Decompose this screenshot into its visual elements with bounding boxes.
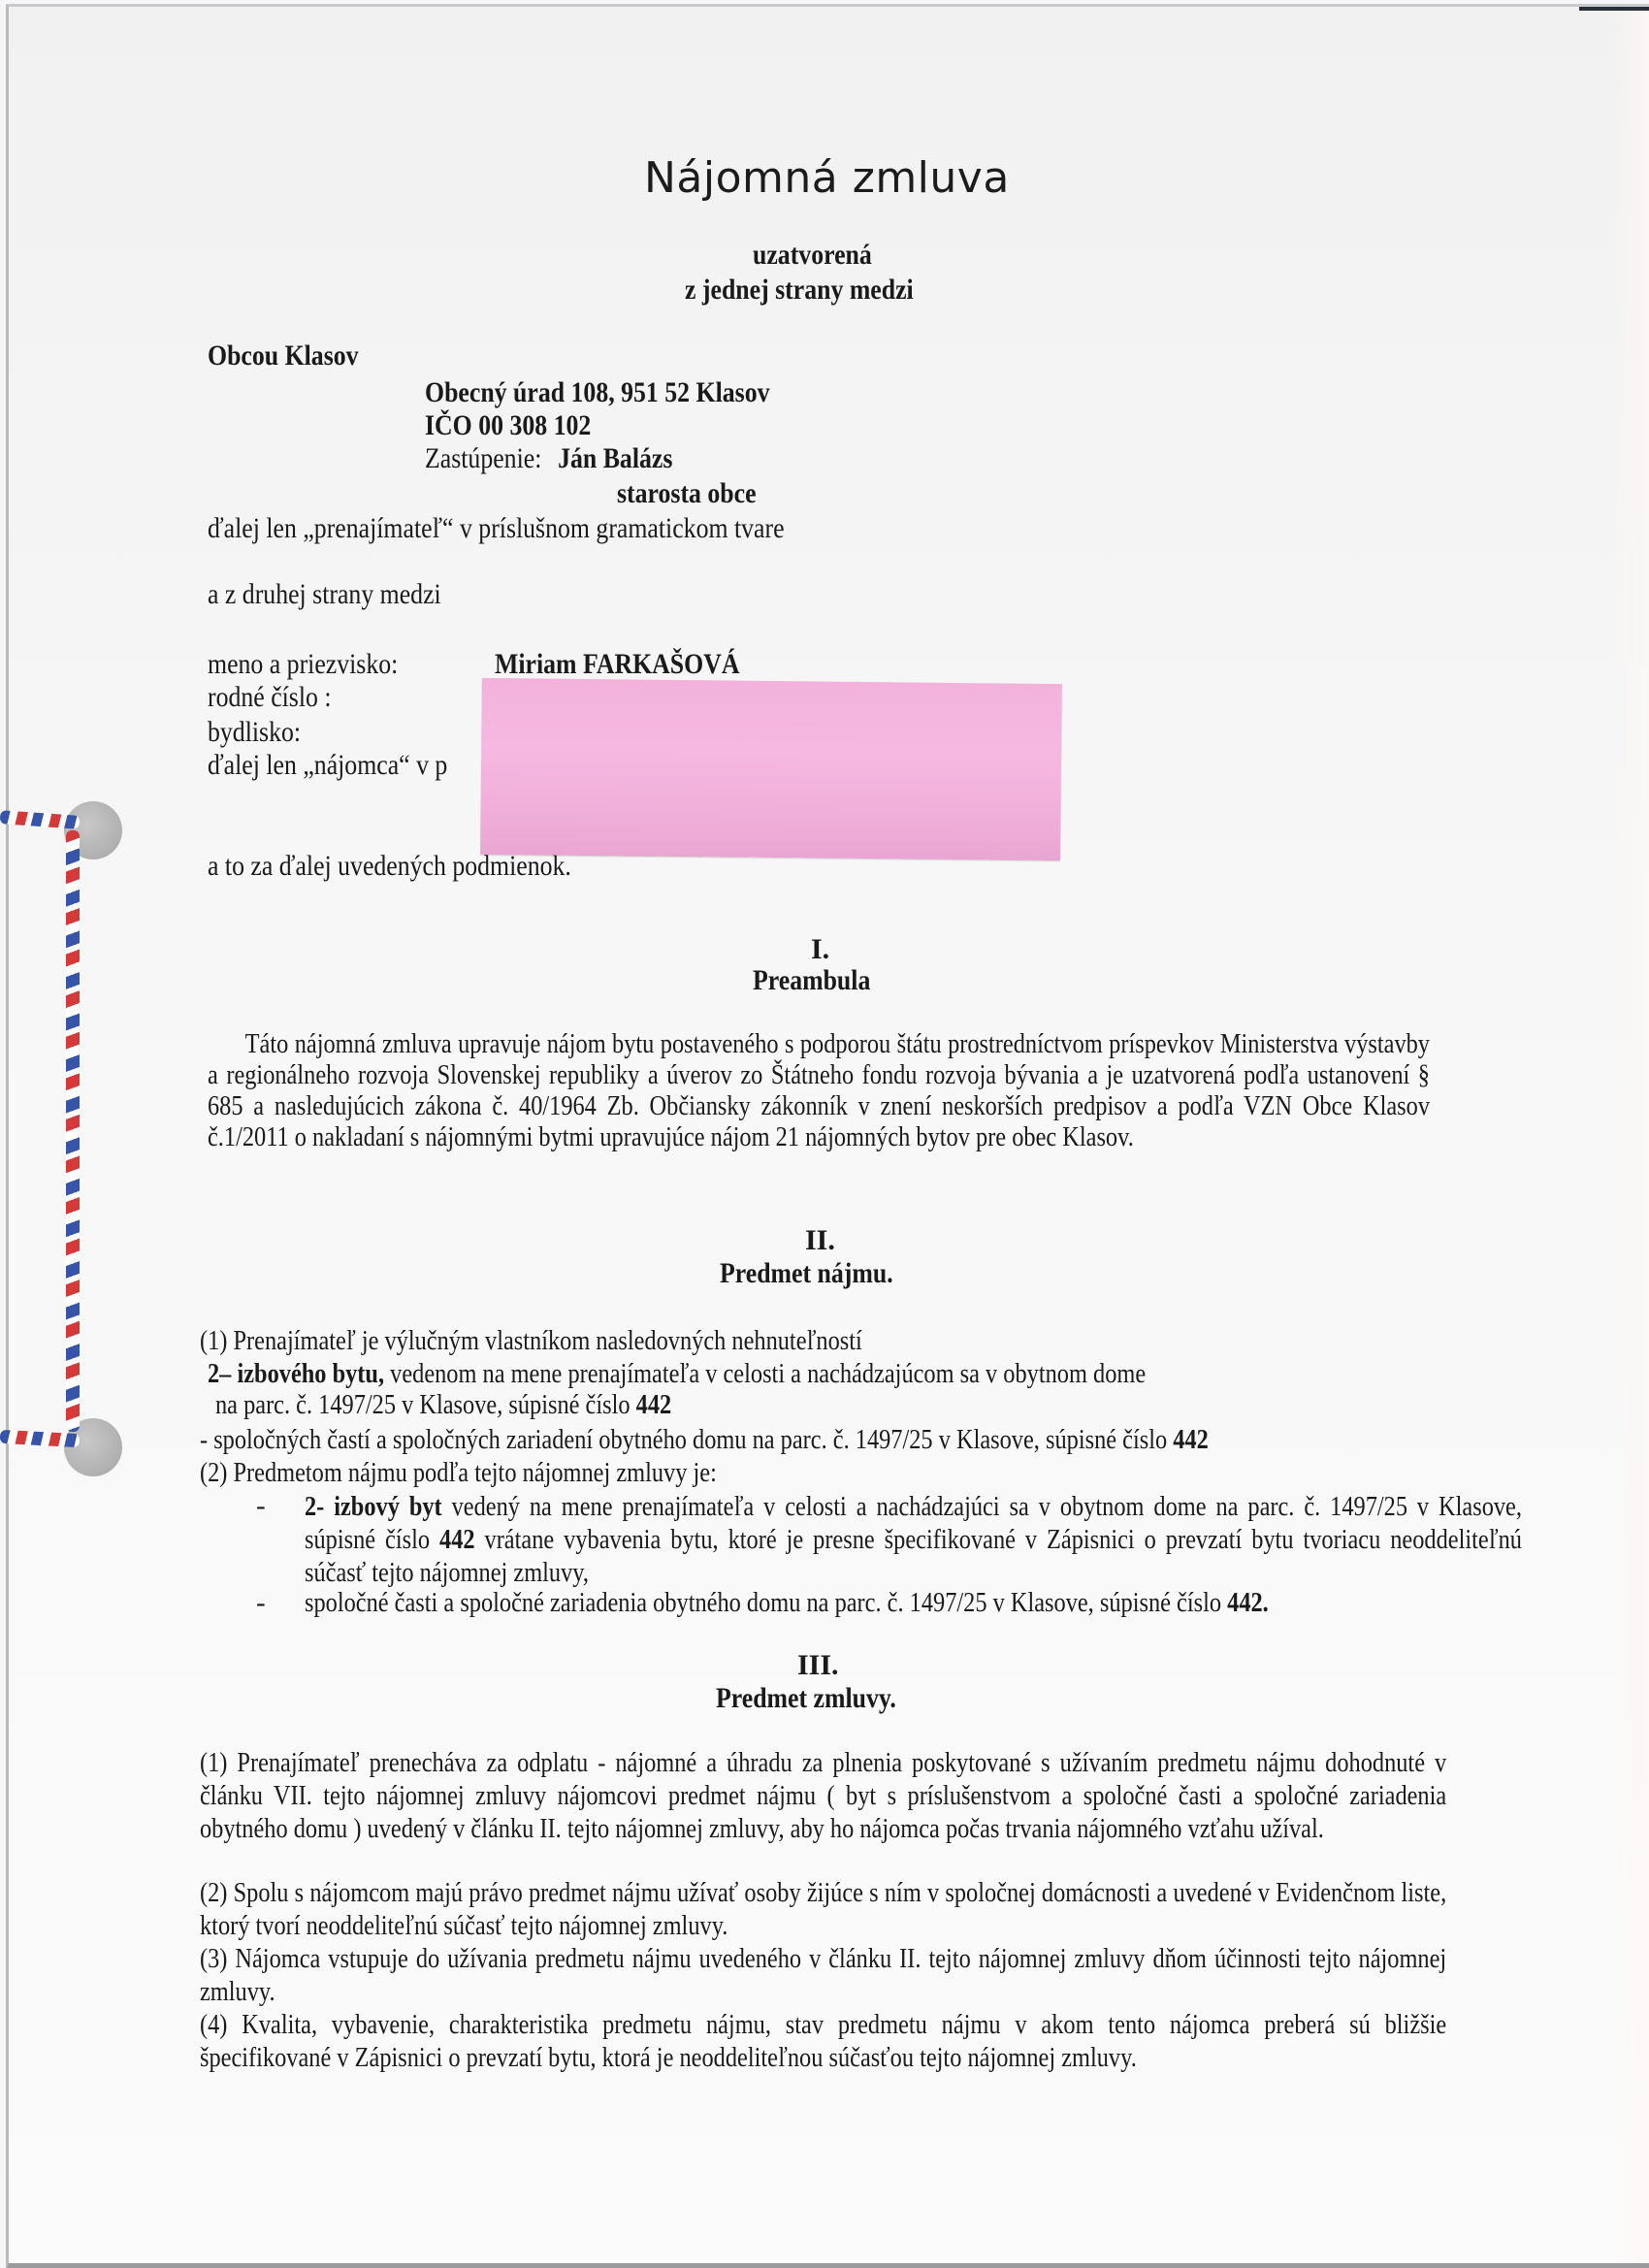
apartment-type: 2– izbového bytu, — [208, 1358, 384, 1389]
article-3-heading: Predmet zmluvy. — [716, 1682, 896, 1715]
second-party-intro: a z druhej strany medzi — [208, 578, 441, 611]
registry-number: 442 — [636, 1389, 672, 1420]
bullet-dash: - — [256, 1490, 266, 1522]
landlord-name: Obcou Klasov — [208, 340, 359, 373]
subtitle-concluded: uzatvorená — [753, 239, 872, 272]
tenant-name-label: meno a priezvisko: — [208, 648, 398, 681]
tenant-hereinafter: ďalej len „nájomca“ v p — [208, 749, 447, 782]
bullet-bold-lead: 2- izbový byt — [305, 1491, 442, 1522]
bullet-dash: - — [256, 1587, 266, 1619]
scan-corner-mark — [1579, 7, 1649, 11]
representation-label: Zastúpenie: — [425, 442, 541, 474]
article-2-bullet-apartment: 2- izbový byt vedený na mene prenajímate… — [305, 1490, 1522, 1589]
article-3-number: III. — [797, 1649, 839, 1682]
tenant-name-value: Miriam FARKAŠOVÁ — [495, 648, 739, 681]
representative-role: starosta obce — [617, 477, 757, 510]
article-3-paragraph-2: (2) Spolu s nájomcom majú právo predmet … — [200, 1876, 1446, 1942]
article-2-bullet-common-parts: spoločné časti a spoločné zariadenia oby… — [305, 1587, 1522, 1618]
page-edge-shadow — [1613, 7, 1649, 2263]
landlord-ico: IČO 00 308 102 — [425, 409, 591, 442]
article-2-number: II. — [805, 1224, 835, 1257]
registry-number: 442 — [1173, 1424, 1209, 1455]
article-2-item1-intro: (1) Prenajímateľ je výlučným vlastníkom … — [200, 1325, 1422, 1356]
article-3-paragraph-4: (4) Kvalita, vybavenie, charakteristika … — [200, 2008, 1446, 2074]
article-2-item1-apartment: 2– izbového bytu, vedenom na mene prenaj… — [208, 1358, 1430, 1389]
registry-number: 442. — [1227, 1587, 1269, 1618]
parcel-text: na parc. č. 1497/25 v Klasove, súpisné č… — [215, 1389, 636, 1420]
article-1-heading: Preambula — [753, 964, 870, 997]
landlord-hereinafter: ďalej len „prenajímateľ“ v príslušnom gr… — [208, 512, 785, 545]
document-title: Nájomná zmluva — [644, 153, 1010, 203]
redaction-sticky-note — [480, 678, 1062, 860]
article-3-paragraph-1: (1) Prenajímateľ prenecháva za odplatu -… — [200, 1746, 1446, 1845]
landlord-representation: Zastúpenie: Ján Balázs — [425, 442, 672, 475]
article-2-item2-intro: (2) Predmetom nájmu podľa tejto nájomnej… — [200, 1457, 1422, 1488]
binding-cord — [66, 830, 80, 1432]
article-2-heading: Predmet nájmu. — [720, 1257, 893, 1290]
apartment-description: vedenom na mene prenajímateľa v celosti … — [384, 1358, 1146, 1389]
registry-number: 442 — [439, 1524, 475, 1555]
article-2-item1-parcel: na parc. č. 1497/25 v Klasove, súpisné č… — [215, 1389, 1438, 1420]
bullet-text: spoločné časti a spoločné zariadenia oby… — [305, 1587, 1227, 1618]
tenant-birth-number-label: rodné číslo : — [208, 681, 332, 714]
bullet-text-continued: vrátane vybavenia bytu, ktoré je presne … — [305, 1524, 1522, 1588]
landlord-address: Obecný úrad 108, 951 52 Klasov — [425, 376, 770, 409]
article-3-paragraph-3: (3) Nájomca vstupuje do užívania predmet… — [200, 1942, 1446, 2008]
article-1-number: I. — [811, 933, 829, 966]
article-2-item1-common-parts: - spoločných častí a spoločných zariaden… — [200, 1424, 1422, 1455]
tenant-residence-label: bydlisko: — [208, 716, 301, 749]
common-parts-text: - spoločných častí a spoločných zariaden… — [200, 1424, 1173, 1455]
representative-name: Ján Balázs — [558, 442, 672, 474]
subtitle-between: z jednej strany medzi — [685, 274, 914, 307]
article-1-paragraph: Táto nájomná zmluva upravuje nájom bytu … — [208, 1028, 1430, 1152]
